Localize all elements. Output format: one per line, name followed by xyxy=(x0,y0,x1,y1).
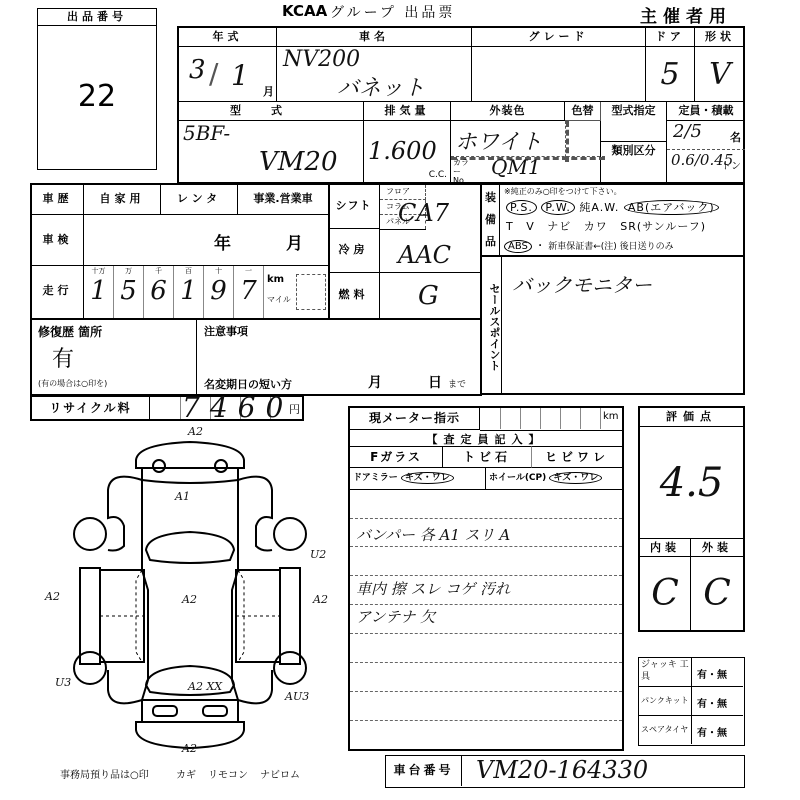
equip-leather[interactable]: カワ xyxy=(584,220,608,233)
exterior-color-field[interactable]: ホワイト カラー No. QM1 xyxy=(451,121,601,182)
mileage-digit[interactable]: 十 9 xyxy=(204,266,234,318)
damage-mark[interactable]: AU3 xyxy=(285,690,309,703)
office-items-label: 事務局預り品は○印 xyxy=(60,766,149,781)
car-name-label: 車名 xyxy=(277,28,472,47)
exterior-color-value: ホワイト xyxy=(455,125,542,156)
history-label: 車歴 xyxy=(32,185,84,215)
inspection-year-label: 年 xyxy=(214,229,231,254)
digit-header: 百 xyxy=(174,266,203,276)
inspection-label: 車検 xyxy=(32,215,84,266)
car-name-field[interactable]: NV200 バネット xyxy=(277,47,472,102)
month-value: 1 xyxy=(231,59,249,92)
recycle-box: リサイクル料 7460 円 xyxy=(30,395,304,421)
aircon-label: 冷房 xyxy=(328,229,380,273)
history-option-private[interactable]: 自家用 xyxy=(84,185,161,215)
model-line2: VM20 xyxy=(259,147,337,177)
equip-ps[interactable]: P.S. xyxy=(506,200,537,215)
model-line1: 5BF- xyxy=(183,121,230,145)
history-option-rental[interactable]: レンタ xyxy=(161,185,238,215)
score-value[interactable]: 4.5 xyxy=(640,428,743,538)
recycle-label: リサイクル料 xyxy=(32,397,150,419)
mileage-digit[interactable]: 千 6 xyxy=(144,266,174,318)
name-change-day: 日 xyxy=(428,372,442,392)
damage-mark[interactable]: A2 xyxy=(182,742,197,755)
repair-history-value: 有 xyxy=(52,342,74,373)
glass-label: Fガラス xyxy=(350,446,443,468)
digit-header: 十 xyxy=(204,266,233,276)
score-box: 評価点 4.5 内装 外装 C C xyxy=(638,406,745,632)
doors-value[interactable]: 5 xyxy=(646,47,695,102)
accessory-value[interactable]: 有・無 xyxy=(697,666,727,681)
accessory-label: ジャッキ 工具 xyxy=(641,659,689,683)
mileage-unit-mile: マイル xyxy=(267,294,291,305)
meter-unit: km xyxy=(603,411,619,422)
car-name-line1: NV200 xyxy=(283,47,360,72)
equip-dot: ・ xyxy=(535,241,545,252)
vehicle-info-grid: 年式 車名 グレード ドア 形状 3 / 1 月 NV200 バネット 5 V … xyxy=(177,26,745,184)
color-no-value: QM1 xyxy=(491,155,541,179)
type-designation-label: 型式指定 xyxy=(601,102,667,142)
year-label: 年式 xyxy=(179,28,277,47)
shape-value[interactable]: V xyxy=(695,47,745,102)
lot-number-box: 出品番号 22 xyxy=(37,8,157,170)
damage-mark[interactable]: A2 xyxy=(45,590,60,603)
header-brand: KCAA xyxy=(282,2,327,20)
name-change-until: まで xyxy=(448,377,466,390)
mileage-digit[interactable]: 十万 1 xyxy=(84,266,114,318)
office-item-navirom[interactable]: ナビロム xyxy=(260,766,300,781)
displacement-field[interactable]: 1.600 C.C. xyxy=(364,121,451,182)
digit-header: 万 xyxy=(114,266,143,276)
inspection-month-label: 月 xyxy=(286,229,303,254)
equip-warranty[interactable]: 新車保証書←(注) 後日送りのみ xyxy=(548,242,673,252)
exterior-color-label: 外装色 xyxy=(451,102,565,121)
color-change-label: 色替 xyxy=(565,102,601,121)
displacement-unit: C.C. xyxy=(429,170,447,180)
damage-mark[interactable]: A2 XX xyxy=(188,680,222,693)
repair-notes-box: 修復歴 箇所 有 (有の場合は○印を) 注意事項 名変期日の短い方 月 日 まで xyxy=(30,318,482,396)
damage-mark[interactable]: A2 xyxy=(182,593,197,606)
fuel-label: 燃料 xyxy=(328,273,380,318)
digit-value: 7 xyxy=(234,276,263,306)
equipment-box: 装備品 ※純正のみ○印をつけて下さい。 P.S. P.W. 純A.W. AB(エ… xyxy=(480,183,745,257)
sales-point-value: バックモニター xyxy=(512,269,652,298)
digit-value: 1 xyxy=(174,276,203,306)
digit-header: 千 xyxy=(144,266,173,276)
wheel-label: ホイール(CP) xyxy=(489,473,546,483)
model-field[interactable]: 5BF- VM20 xyxy=(179,121,364,182)
accessory-label: スペアタイヤ xyxy=(641,724,688,735)
glass-option-chip[interactable]: トビ石 xyxy=(443,446,532,468)
chassis-value[interactable]: VM20-164330 xyxy=(476,756,648,784)
accessories-box: ジャッキ 工具 有・無 パンクキット 有・無 スペアタイヤ 有・無 xyxy=(638,657,745,746)
equip-tv[interactable]: T V xyxy=(506,220,535,233)
equip-aw[interactable]: 純A.W. xyxy=(579,201,619,214)
shift-value: CA7 xyxy=(398,199,449,227)
digit-value: 1 xyxy=(84,276,113,306)
mileage-digits: 十万 1 万 5 千 6 百 1 十 9 一 7 km マイル xyxy=(84,266,328,318)
repair-history-field[interactable]: 修復歴 箇所 有 (有の場合は○印を) xyxy=(32,320,197,394)
mileage-digit[interactable]: 百 1 xyxy=(174,266,204,318)
score-label: 評価点 xyxy=(640,408,743,427)
capacity-load-unit: トン xyxy=(721,157,741,172)
aircon-value: AAC xyxy=(398,241,451,269)
mileage-digit[interactable]: 一 7 xyxy=(234,266,264,318)
inspector-line: 車内 擦 スレ コゲ 汚れ xyxy=(356,578,510,599)
digit-value: 6 xyxy=(144,276,173,306)
history-grid: 車歴 自家用 レンタ 事業.営業車 車検 年 月 走行 十万 1 万 5 千 6… xyxy=(30,183,330,320)
mileage-label: 走行 xyxy=(32,266,84,318)
shift-grid: シフト フロア コラム パネル CA7 冷房 AAC 燃料 G xyxy=(328,183,482,320)
month-suffix: 月 xyxy=(263,83,274,99)
wheel-options[interactable]: キズ・ワレ xyxy=(549,472,602,484)
year-value: 3 xyxy=(189,55,206,85)
inspector-box: 現メーター指示 km 【査定員記入】 Fガラス トビ石 ヒビワレ ドアミラー キ… xyxy=(348,406,624,751)
accessory-row: ジャッキ 工具 有・無 xyxy=(639,658,743,687)
accessory-row: パンクキット 有・無 xyxy=(639,687,743,716)
mileage-unit-km: km xyxy=(267,274,284,285)
car-name-line2: バネット xyxy=(337,71,425,102)
repair-history-note: (有の場合は○印を) xyxy=(38,378,107,389)
inspector-line: アンテナ 欠 xyxy=(356,606,435,627)
inspector-line: バンパー 各 A1 スリ A xyxy=(356,524,510,545)
chassis-box: 車台番号 VM20-164330 xyxy=(385,755,745,788)
capacity-field[interactable]: 2/5 名 0.6/0.45 トン xyxy=(667,121,745,182)
exterior-value[interactable]: C xyxy=(691,557,743,630)
accessory-row: スペアタイヤ 有・無 xyxy=(639,716,743,744)
notes-field[interactable]: 注意事項 名変期日の短い方 月 日 まで xyxy=(198,320,480,394)
shift-option-floor[interactable]: フロア xyxy=(380,185,426,200)
shape-label: 形状 xyxy=(695,28,745,47)
fuel-value: G xyxy=(418,281,439,311)
damage-mark[interactable]: U2 xyxy=(310,548,326,561)
model-label: 型式 xyxy=(179,102,364,121)
mirror-field[interactable]: ドアミラー キズ・ワレ xyxy=(350,468,486,490)
equipment-label: 装備品 xyxy=(482,185,500,255)
glass-option-crack[interactable]: ヒビワレ xyxy=(532,446,622,468)
inspection-field[interactable]: 年 月 xyxy=(84,215,328,266)
damage-mark[interactable]: A1 xyxy=(175,490,190,503)
recycle-value[interactable]: 7460 xyxy=(182,391,293,424)
mirror-label: ドアミラー xyxy=(353,473,398,483)
repair-history-label: 修復歴 箇所 xyxy=(38,323,102,340)
copy-label: 主催者用 xyxy=(640,2,732,27)
inspector-title: 【査定員記入】 xyxy=(350,431,622,447)
capacity-persons-unit: 名 xyxy=(730,129,741,145)
header-title: グループ 出品票 xyxy=(330,2,455,22)
category-label: 類別区分 xyxy=(601,142,667,182)
sales-point-label: セールスポイント xyxy=(482,257,502,393)
accessory-value[interactable]: 有・無 xyxy=(697,724,727,739)
interior-value[interactable]: C xyxy=(640,557,691,630)
grade-field[interactable] xyxy=(472,47,646,102)
equipment-note: ※純正のみ○印をつけて下さい。 xyxy=(504,186,622,197)
wheel-field[interactable]: ホイール(CP) キズ・ワレ xyxy=(486,468,622,490)
chassis-label: 車台番号 xyxy=(386,756,462,786)
interior-label: 内装 xyxy=(640,538,691,557)
year-field[interactable]: 3 / 1 月 xyxy=(179,47,277,102)
recycle-unit: 円 xyxy=(289,401,300,417)
accessory-value[interactable]: 有・無 xyxy=(697,695,727,710)
equip-sunroof[interactable]: SR(サンルーフ) xyxy=(620,220,706,233)
capacity-persons: 2/5 xyxy=(673,121,702,142)
exterior-label: 外装 xyxy=(691,538,743,557)
mileage-unit-checkbox[interactable] xyxy=(296,274,326,310)
digit-value: 9 xyxy=(204,276,233,306)
damage-mark[interactable]: A2 xyxy=(188,425,203,438)
damage-mark[interactable]: A2 xyxy=(313,593,328,606)
color-no-label: カラー No. xyxy=(453,158,473,185)
shift-label: シフト xyxy=(328,185,380,229)
grade-label: グレード xyxy=(472,28,646,47)
equip-pw[interactable]: P.W. xyxy=(541,200,575,215)
mirror-options[interactable]: キズ・ワレ xyxy=(401,472,454,484)
mileage-digit[interactable]: 万 5 xyxy=(114,266,144,318)
displacement-value: 1.600 xyxy=(368,137,437,165)
equip-navi[interactable]: ナビ xyxy=(547,220,571,233)
displacement-label: 排気量 xyxy=(364,102,451,121)
doors-label: ドア xyxy=(646,28,695,47)
name-change-label: 名変期日の短い方 xyxy=(204,376,292,392)
car-damage-diagram xyxy=(60,430,320,750)
name-change-month: 月 xyxy=(368,372,382,392)
capacity-label: 定員・積載 xyxy=(667,102,745,121)
lot-number-value: 22 xyxy=(38,26,156,166)
lot-number-label: 出品番号 xyxy=(38,9,156,26)
accessory-label: パンクキット xyxy=(641,695,689,706)
office-item-key[interactable]: カギ xyxy=(176,766,196,781)
digit-header: 十万 xyxy=(84,266,113,276)
notes-label: 注意事項 xyxy=(204,323,248,339)
equip-airbag[interactable]: AB(エアバック) xyxy=(624,200,719,215)
damage-mark[interactable]: U3 xyxy=(55,676,71,689)
digit-value: 5 xyxy=(114,276,143,306)
sales-point-box: セールスポイント バックモニター xyxy=(480,255,745,395)
history-option-business[interactable]: 事業.営業車 xyxy=(238,185,328,215)
equip-abs[interactable]: ABS xyxy=(504,240,532,253)
meter-label: 現メーター指示 xyxy=(350,408,480,430)
digit-header: 一 xyxy=(234,266,263,276)
office-item-remote[interactable]: リモコン xyxy=(208,766,248,781)
